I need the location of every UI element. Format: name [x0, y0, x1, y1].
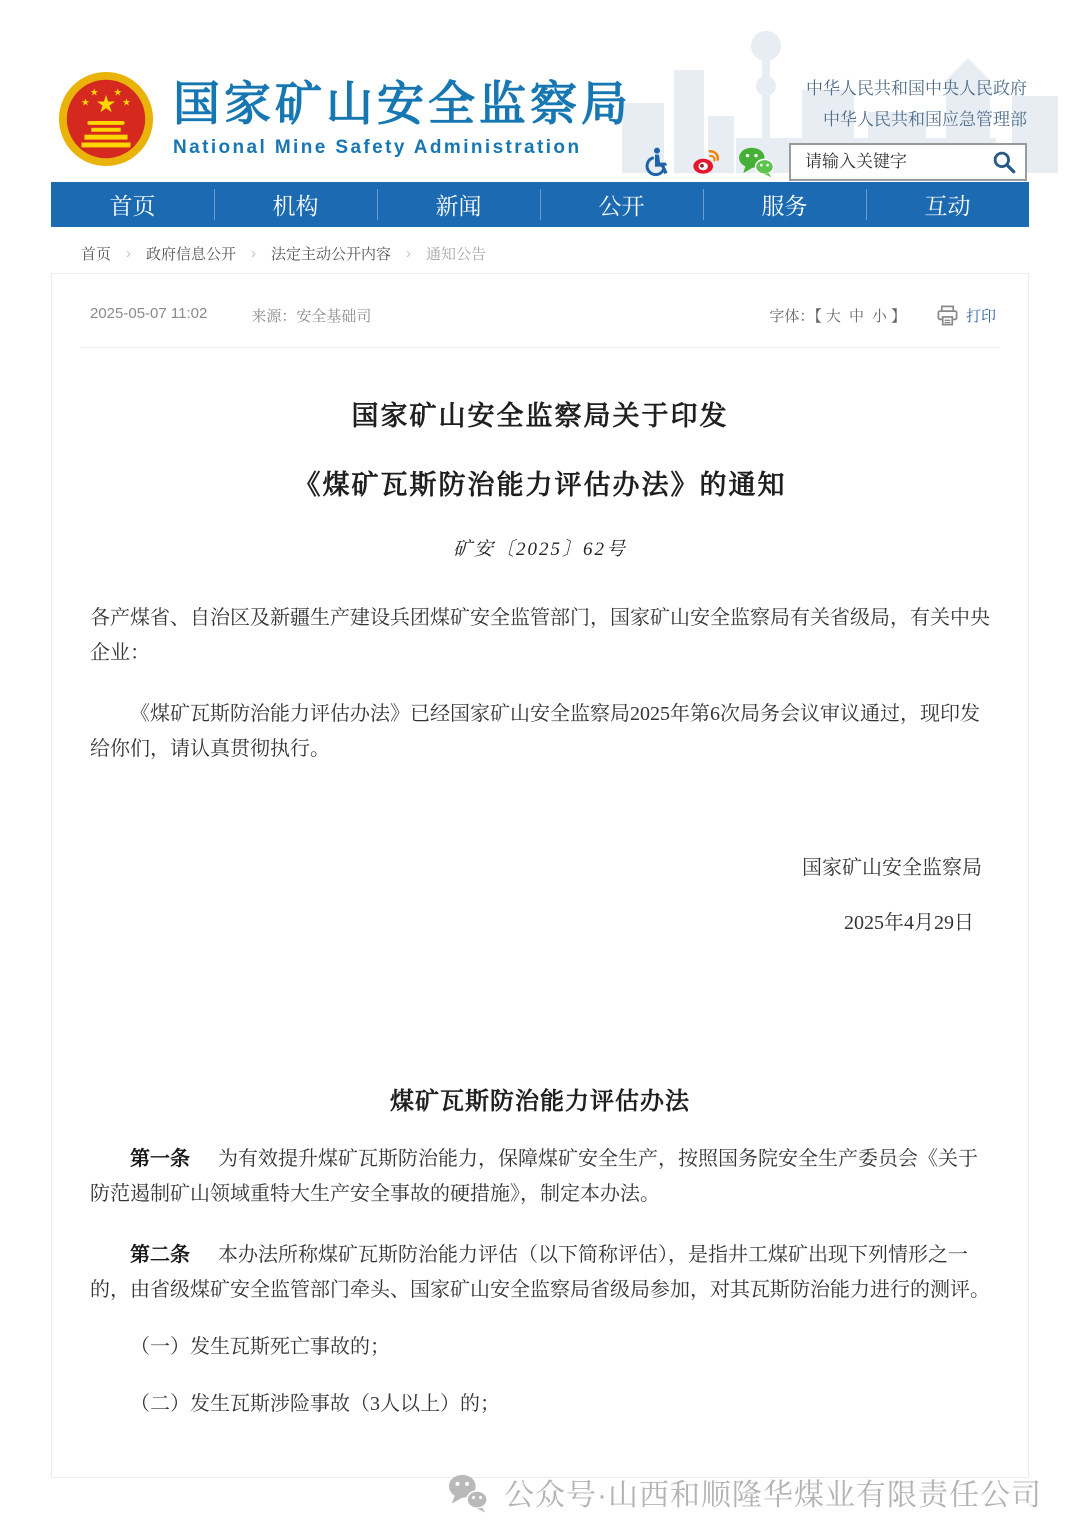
- site-header: ★ ★ ★ ★ ★ 国家矿山安全监察局 National Mine Safety…: [51, 0, 1029, 182]
- breadcrumb-separator-icon: ›: [406, 245, 411, 262]
- search-box: [789, 143, 1027, 181]
- breadcrumb-home[interactable]: 首页: [81, 243, 111, 264]
- gov-links: 中华人民共和国中央人民政府 中华人民共和国应急管理部: [638, 74, 1027, 135]
- meta-divider: [80, 347, 1000, 348]
- font-size-bracket-close: 】: [891, 308, 906, 325]
- search-input[interactable]: [803, 151, 991, 173]
- breadcrumb-gov-info[interactable]: 政府信息公开: [146, 243, 236, 264]
- article-1-label: 第一条: [130, 1148, 190, 1170]
- document-title-line2: 《煤矿瓦斯防治能力评估办法》的通知: [90, 463, 990, 502]
- svg-text:★: ★: [113, 87, 122, 98]
- wechat-gray-icon: [444, 1471, 492, 1513]
- national-emblem-icon: ★ ★ ★ ★ ★: [57, 70, 155, 168]
- font-size-large-button[interactable]: 大: [826, 308, 841, 325]
- article-2-text: 本办法所称煤矿瓦斯防治能力评估（以下简称评估），是指井工煤矿出现下列情形之一的，…: [90, 1244, 990, 1301]
- site-name-en: National Mine Safety Administration: [173, 137, 632, 159]
- font-size-small-button[interactable]: 小: [872, 308, 887, 325]
- list-item-1: （一）发生瓦斯死亡事故的；: [90, 1330, 990, 1365]
- regulation-article-1: 第一条为有效提升煤矿瓦斯防治能力，保障煤矿安全生产，按照国务院安全生产委员会《关…: [90, 1142, 990, 1212]
- document-title-line1: 国家矿山安全监察局关于印发: [90, 394, 990, 433]
- svg-text:★: ★: [81, 97, 90, 108]
- regulation-title: 煤矿瓦斯防治能力评估办法: [90, 1081, 990, 1116]
- gov-link-emergency-ministry[interactable]: 中华人民共和国应急管理部: [638, 105, 1027, 136]
- printer-icon: [936, 304, 959, 327]
- site-logo-text: 国家矿山安全监察局 National Mine Safety Administr…: [173, 80, 632, 159]
- article-meta-left: 2025-05-07 11:02 来源：安全基础司: [90, 305, 371, 326]
- article-1-text: 为有效提升煤矿瓦斯防治能力，保障煤矿安全生产，按照国务院安全生产委员会《关于防范…: [90, 1148, 978, 1205]
- page: ★ ★ ★ ★ ★ 国家矿山安全监察局 National Mine Safety…: [0, 0, 1080, 1528]
- list-item-2: （二）发生瓦斯涉险事故（3人以上）的；: [90, 1387, 990, 1422]
- source-label: 来源：安全基础司: [251, 305, 371, 326]
- breadcrumb-separator-icon: ›: [126, 245, 131, 262]
- article-meta-row: 2025-05-07 11:02 来源：安全基础司 字体：【大中小】: [76, 274, 1004, 327]
- signature-organization: 国家矿山安全监察局: [90, 851, 990, 886]
- font-size-medium-button[interactable]: 中: [849, 308, 864, 325]
- print-label: 打印: [966, 305, 996, 326]
- breadcrumb: 首页 › 政府信息公开 › 法定主动公开内容 › 通知公告: [51, 243, 1029, 263]
- header-right: 中华人民共和国中央人民政府 中华人民共和国应急管理部: [638, 74, 1027, 181]
- nav-item-organization[interactable]: 机构: [214, 182, 377, 227]
- nav-item-interaction[interactable]: 互动: [866, 182, 1029, 227]
- breadcrumb-notices: 通知公告: [426, 243, 486, 264]
- signature-date: 2025年4月29日: [90, 906, 990, 941]
- publish-datetime: 2025-05-07 11:02: [90, 305, 207, 326]
- body-paragraph: 《煤矿瓦斯防治能力评估办法》已经国家矿山安全监察局2025年第6次局务会议审议通…: [90, 697, 990, 767]
- nav-item-home[interactable]: 首页: [51, 182, 214, 227]
- breadcrumb-separator-icon: ›: [251, 245, 256, 262]
- gov-link-central-government[interactable]: 中华人民共和国中央人民政府: [638, 74, 1027, 105]
- font-size-label: 字体：: [769, 308, 814, 325]
- document-number: 矿安〔2025〕62号: [90, 534, 990, 561]
- accessibility-icon[interactable]: [638, 146, 674, 178]
- watermark-text: 公众号·山西和顺隆华煤业有限责任公司: [504, 1470, 1042, 1514]
- regulation-article-2: 第二条本办法所称煤矿瓦斯防治能力评估（以下简称评估），是指井工煤矿出现下列情形之…: [90, 1238, 990, 1308]
- svg-text:★: ★: [122, 97, 131, 108]
- main-nav: 首页 机构 新闻 公开 服务 互动: [51, 182, 1029, 227]
- nav-item-disclosure[interactable]: 公开: [540, 182, 703, 227]
- search-icon[interactable]: [991, 149, 1017, 175]
- nav-item-services[interactable]: 服务: [703, 182, 866, 227]
- document-body: 国家矿山安全监察局关于印发 《煤矿瓦斯防治能力评估办法》的通知 矿安〔2025〕…: [76, 394, 1004, 1422]
- wechat-watermark: 公众号·山西和顺隆华煤业有限责任公司: [444, 1470, 1042, 1514]
- article-meta-right: 字体：【大中小】 打印: [769, 304, 996, 327]
- site-logo[interactable]: ★ ★ ★ ★ ★ 国家矿山安全监察局 National Mine Safety…: [57, 70, 632, 168]
- print-button[interactable]: 打印: [936, 304, 996, 327]
- header-tools: [638, 143, 1027, 181]
- wechat-icon[interactable]: [738, 146, 774, 178]
- nav-item-news[interactable]: 新闻: [377, 182, 540, 227]
- article-container: 2025-05-07 11:02 来源：安全基础司 字体：【大中小】: [51, 273, 1029, 1478]
- weibo-icon[interactable]: [689, 147, 723, 177]
- font-size-bracket-open: 【: [814, 308, 822, 325]
- article-2-label: 第二条: [130, 1244, 190, 1266]
- site-name-cn: 国家矿山安全监察局: [173, 80, 632, 127]
- svg-text:★: ★: [90, 87, 99, 98]
- breadcrumb-statutory-disclosure[interactable]: 法定主动公开内容: [271, 243, 391, 264]
- font-size-control: 字体：【大中小】: [769, 305, 906, 326]
- salutation-paragraph: 各产煤省、自治区及新疆生产建设兵团煤矿安全监管部门，国家矿山安全监察局有关省级局…: [90, 601, 990, 671]
